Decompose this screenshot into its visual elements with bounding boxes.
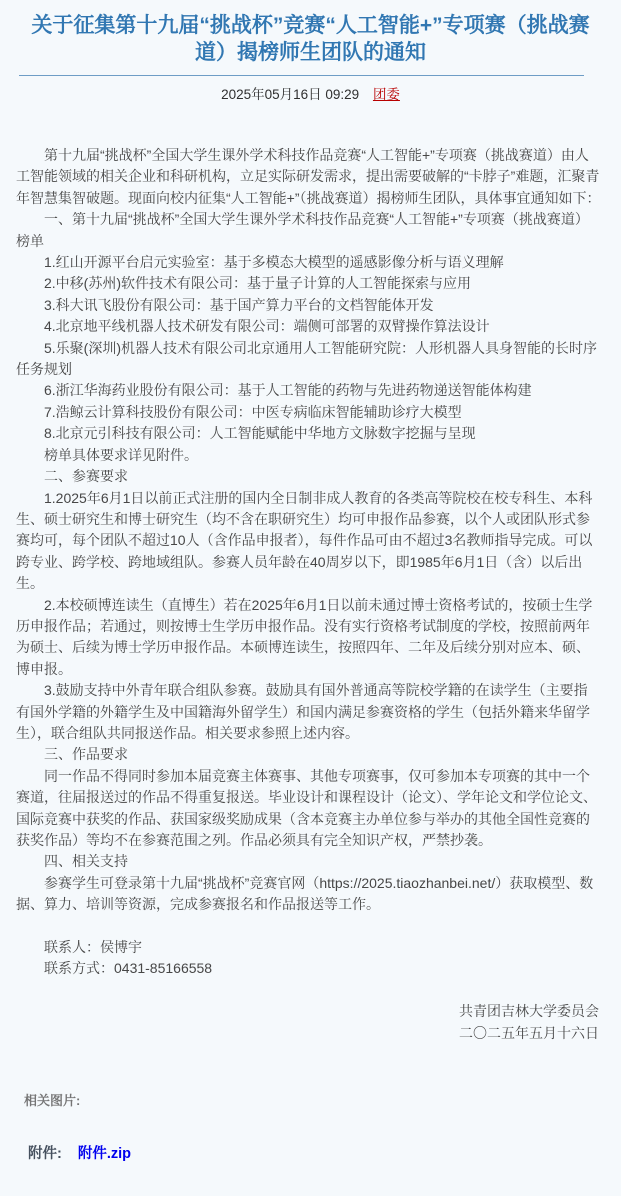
related-images-label: 相关图片: [24, 1090, 621, 1109]
spacer [16, 916, 601, 937]
spacer [16, 980, 601, 1001]
body-paragraph: 7.浩鲸云计算科技股份有限公司：中医专病临床智能辅助诊疗大模型 [16, 402, 601, 423]
body-paragraph: 联系人：侯博宇 [16, 937, 601, 958]
body-paragraph: 榜单具体要求详见附件。 [16, 445, 601, 466]
body-paragraph: 同一作品不得同时参加本届竞赛主体赛事、其他专项赛事，仅可参加本专项赛的其中一个赛… [16, 766, 601, 852]
signature-line: 二〇二五年五月十六日 [16, 1023, 601, 1044]
body-paragraph: 5.乐聚(深圳)机器人技术有限公司北京通用人工智能研究院：人形机器人具身智能的长… [16, 338, 601, 381]
body-paragraph: 二、参赛要求 [16, 466, 601, 487]
title-divider [19, 75, 584, 76]
department-link[interactable]: 团委 [373, 87, 400, 102]
signature-line: 共青团吉林大学委员会 [16, 1001, 601, 1022]
body-paragraph: 2.本校硕博连读生（直博生）若在2025年6月1日以前未通过博士资格考试的，按硕… [16, 595, 601, 681]
attachment-row: 附件: 附件.zip [28, 1142, 621, 1163]
body-paragraph: 第十九届“挑战杯”全国大学生课外学术科技作品竞赛“人工智能+”专项赛（挑战赛道）… [16, 145, 601, 209]
body-paragraph: 3.鼓励支持中外青年联合组队参赛。鼓励具有国外普通高等院校学籍的在读学生（主要指… [16, 680, 601, 744]
body-paragraph: 1.红山开源平台启元实验室：基于多模态大模型的遥感影像分析与语义理解 [16, 252, 601, 273]
publish-date: 2025年05月16日 09:29 [221, 87, 359, 102]
notice-body: 第十九届“挑战杯”全国大学生课外学术科技作品竞赛“人工智能+”专项赛（挑战赛道）… [0, 145, 621, 1044]
attachment-label: 附件: [28, 1146, 62, 1162]
body-paragraph: 2.中移(苏州)软件技术有限公司：基于量子计算的人工智能探索与应用 [16, 273, 601, 294]
body-paragraph: 四、相关支持 [16, 851, 601, 872]
body-paragraph: 8.北京元引科技有限公司：人工智能赋能中华地方文脉数字挖掘与呈现 [16, 423, 601, 444]
body-paragraph: 1.2025年6月1日以前正式注册的国内全日制非成人教育的各类高等院校在校专科生… [16, 488, 601, 595]
body-paragraph: 3.科大讯飞股份有限公司：基于国产算力平台的文档智能体开发 [16, 295, 601, 316]
body-paragraph: 一、第十九届“挑战杯”全国大学生课外学术科技作品竞赛“人工智能+”专项赛（挑战赛… [16, 209, 601, 252]
body-paragraph: 三、作品要求 [16, 744, 601, 765]
body-paragraph: 4.北京地平线机器人技术研发有限公司：端侧可部署的双臂操作算法设计 [16, 316, 601, 337]
body-paragraph: 参赛学生可登录第十九届“挑战杯”竞赛官网（https://2025.tiaozh… [16, 873, 601, 916]
attachment-link[interactable]: 附件.zip [78, 1146, 131, 1162]
meta-row: 2025年05月16日 09:29 团委 [0, 83, 621, 103]
page-title: 关于征集第十九届“挑战杯”竞赛“人工智能+”专项赛（挑战赛道）揭榜师生团队的通知 [26, 12, 595, 66]
body-paragraph: 6.浙江华海药业股份有限公司：基于人工智能的药物与先进药物递送智能体构建 [16, 380, 601, 401]
body-paragraph: 联系方式：0431-85166558 [16, 958, 601, 979]
